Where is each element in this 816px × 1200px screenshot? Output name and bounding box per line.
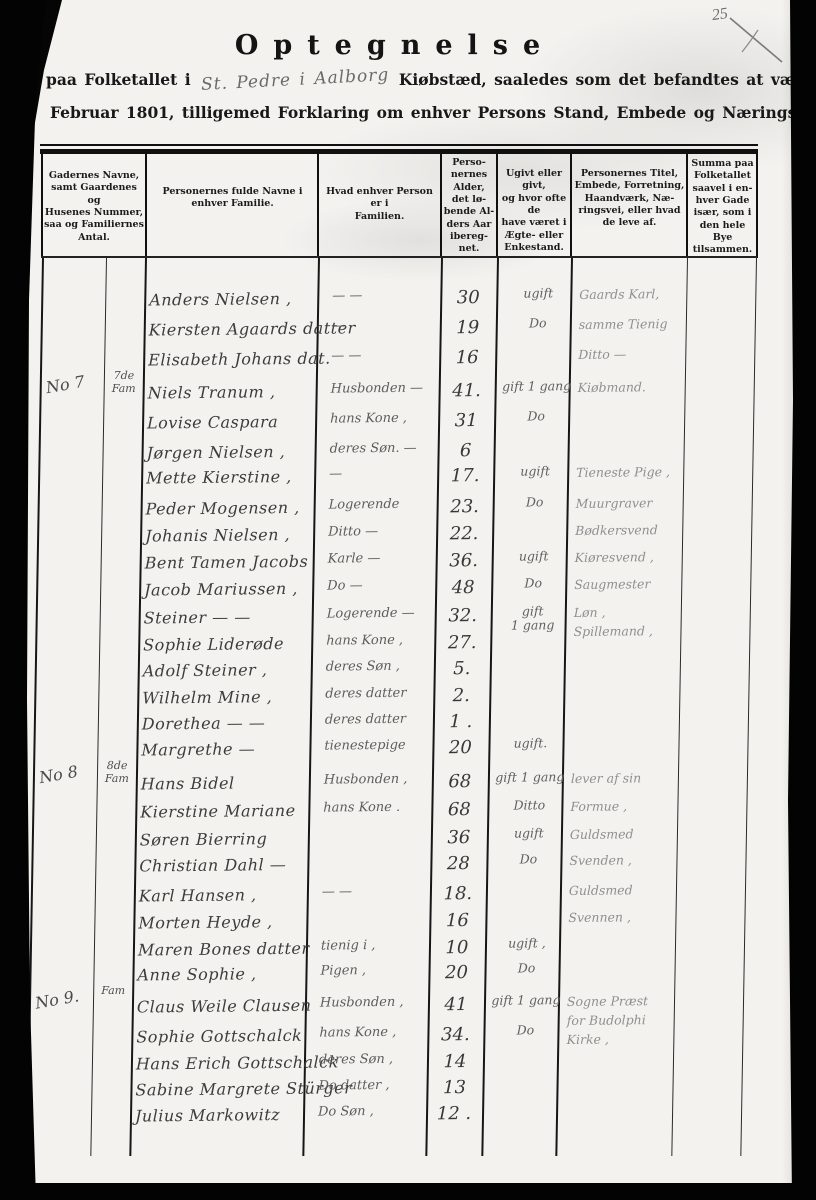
cell-title: Guldsmed	[569, 881, 633, 900]
cell-age: 68	[434, 771, 486, 793]
cell-role: tienestepige	[324, 738, 405, 754]
cell-name: Anne Sophie ,	[137, 964, 256, 984]
table-body: Anders Nielsen ,— —30ugiftGaards Karl,Ki…	[0, 0, 816, 1200]
cell-status: Do	[497, 409, 575, 424]
cell-name: Morten Heyde ,	[138, 912, 272, 932]
cell-age: 20	[430, 962, 482, 984]
cell-title: lever af sin	[571, 769, 641, 788]
cell-role: Logerende	[329, 497, 400, 513]
cell-title: Kiøresvend ,	[575, 548, 654, 568]
cell-role: deres datter	[325, 686, 406, 702]
cell-role: Husbonden ,	[324, 772, 408, 788]
cell-age: 5.	[436, 658, 488, 680]
cell-role: deres Søn. —	[330, 441, 417, 457]
cell-name: Claus Weile Clausen	[137, 996, 312, 1017]
census-document-page: 25 Optegnelse paa Folketallet iSt. Pedre…	[0, 0, 816, 1200]
cell-title: Ditto —	[578, 346, 626, 365]
cell-title: samme Tienig	[579, 315, 668, 335]
cell-name: Kiersten Agaards datter	[149, 318, 356, 339]
cell-name: Anders Nielsen ,	[149, 289, 292, 309]
cell-name: Hans Erich Gottschalck	[136, 1052, 339, 1073]
cell-age: 1 .	[435, 711, 487, 733]
cell-title: Bødkersvend	[575, 521, 658, 541]
family-label: 8de Fam	[98, 759, 136, 785]
cell-role: Karle —	[328, 551, 381, 567]
cell-age: 41.	[441, 380, 493, 402]
cell-age: 32.	[437, 605, 489, 627]
cell-title: Formue ,	[570, 797, 627, 816]
cell-name: Jacob Mariussen ,	[144, 579, 298, 600]
cell-name: Steiner — —	[144, 607, 251, 627]
cell-status: Do	[499, 316, 577, 331]
cell-role: Husbonden ,	[320, 995, 404, 1011]
cell-name: Søren Bierring	[140, 829, 268, 849]
cell-name: Jørgen Nielsen ,	[146, 442, 285, 462]
cell-role: deres Søn ,	[319, 1052, 393, 1068]
cell-age: 19	[442, 317, 494, 339]
cell-name: Niels Tranum ,	[148, 382, 276, 402]
cell-age: 2.	[435, 685, 487, 707]
cell-name: Johanis Nielsen ,	[145, 525, 290, 546]
cell-name: Hans Bidel	[141, 774, 235, 794]
cell-role: deres Søn ,	[326, 659, 400, 675]
cell-name: Bent Tamen Jacobs	[145, 552, 309, 573]
cell-age: 10	[431, 937, 483, 959]
cell-role: Do —	[327, 578, 362, 593]
cell-status: ugift	[490, 826, 568, 841]
cell-status: Do	[494, 576, 572, 591]
cell-name: Margrethe —	[141, 739, 255, 759]
cell-age: 6	[440, 440, 492, 462]
cell-title: Gaards Karl,	[579, 285, 659, 305]
cell-role: — —	[332, 288, 362, 303]
cell-role: Logerende —	[327, 606, 415, 622]
cell-title: Svennen ,	[568, 908, 631, 927]
cell-name: Lovise Caspara	[147, 412, 278, 432]
cell-age: 16	[431, 910, 483, 932]
cell-age: 18.	[432, 883, 484, 905]
cell-age: 28	[432, 853, 484, 875]
cell-name: Christian Dahl —	[139, 855, 286, 876]
cell-role: Do Søn ,	[318, 1104, 374, 1120]
cell-role: hans Kone ,	[319, 1025, 396, 1041]
cell-role: Do datter ,	[318, 1078, 389, 1094]
cell-role: — —	[331, 348, 361, 363]
cell-age: 17.	[439, 465, 491, 487]
cell-name: Julius Markowitz	[135, 1105, 280, 1126]
cell-age: 36	[433, 827, 485, 849]
cell-status: ugift	[496, 464, 574, 479]
cell-status: gift 1 gang	[494, 604, 572, 634]
cell-status: gift 1 gang	[491, 770, 569, 785]
cell-name: Adolf Steiner ,	[143, 660, 268, 680]
cell-age: 31	[440, 410, 492, 432]
cell-status: Do	[486, 1023, 564, 1038]
cell-age: 16	[441, 347, 493, 369]
cell-name: Mette Kierstine ,	[146, 467, 292, 488]
cell-name: Sophie Gottschalck	[136, 1026, 302, 1047]
cell-age: 20	[434, 737, 486, 759]
cell-name: Karl Hansen ,	[139, 885, 257, 905]
cell-role: —	[329, 466, 342, 481]
cell-name: Kierstine Mariane	[140, 801, 295, 822]
cell-role: hans Kone ,	[330, 411, 407, 427]
cell-status: Ditto	[490, 798, 568, 813]
cell-status: ugift	[495, 549, 573, 564]
cell-status: ugift.	[491, 736, 569, 751]
cell-title: Tieneste Pige ,	[576, 463, 670, 483]
cell-status: Do	[487, 961, 565, 976]
cell-role: hans Kone ,	[326, 633, 403, 649]
cell-status: ugift	[499, 286, 577, 301]
cell-name: Sophie Liderøde	[143, 634, 284, 654]
cell-title: Svenden ,	[569, 851, 632, 870]
cell-title: Kiøbmand.	[578, 378, 646, 397]
cell-name: Dorethea — —	[142, 713, 266, 733]
cell-role: Husbonden —	[331, 381, 424, 397]
cell-status: Do	[489, 852, 567, 867]
family-label: Fam	[94, 984, 132, 997]
cell-role: hans Kone .	[323, 800, 400, 816]
cell-status: ugift ,	[488, 936, 566, 951]
cell-age: 30	[442, 287, 494, 309]
cell-age: 27.	[436, 632, 488, 654]
cell-age: 41	[430, 994, 482, 1016]
cell-role: Ditto —	[328, 524, 378, 540]
cell-status: Do	[496, 495, 574, 510]
bottom-scan-edge	[0, 1183, 816, 1200]
family-label: 7de Fam	[105, 369, 143, 395]
cell-name: Wilhelm Mine ,	[142, 687, 272, 707]
cell-age: 34.	[429, 1024, 481, 1046]
cell-role: Pigen ,	[320, 963, 366, 978]
cell-status: gift 1 gang	[487, 993, 565, 1008]
cell-status: gift 1 gang	[498, 379, 576, 394]
cell-age: 22.	[438, 523, 490, 545]
cell-title: Muurgraver	[576, 494, 653, 514]
cell-name: Maren Bones datter	[138, 939, 310, 960]
cell-title: Saugmester	[574, 575, 650, 595]
cell-age: 36.	[438, 550, 490, 572]
cell-age: 13	[428, 1077, 480, 1099]
cell-title: Guldsmed	[570, 825, 634, 844]
cell-age: 12 .	[428, 1103, 480, 1125]
cell-role: —	[332, 318, 345, 333]
cell-age: 68	[433, 799, 485, 821]
cell-role: — —	[322, 884, 352, 899]
cell-role: tienig i ,	[321, 938, 376, 954]
cell-name: Peder Mogensen ,	[146, 498, 300, 519]
cell-age: 48	[437, 577, 489, 599]
cell-age: 14	[429, 1051, 481, 1073]
cell-age: 23.	[439, 496, 491, 518]
cell-role: deres datter	[325, 712, 406, 728]
cell-name: Elisabeth Johans dat.	[148, 349, 331, 370]
